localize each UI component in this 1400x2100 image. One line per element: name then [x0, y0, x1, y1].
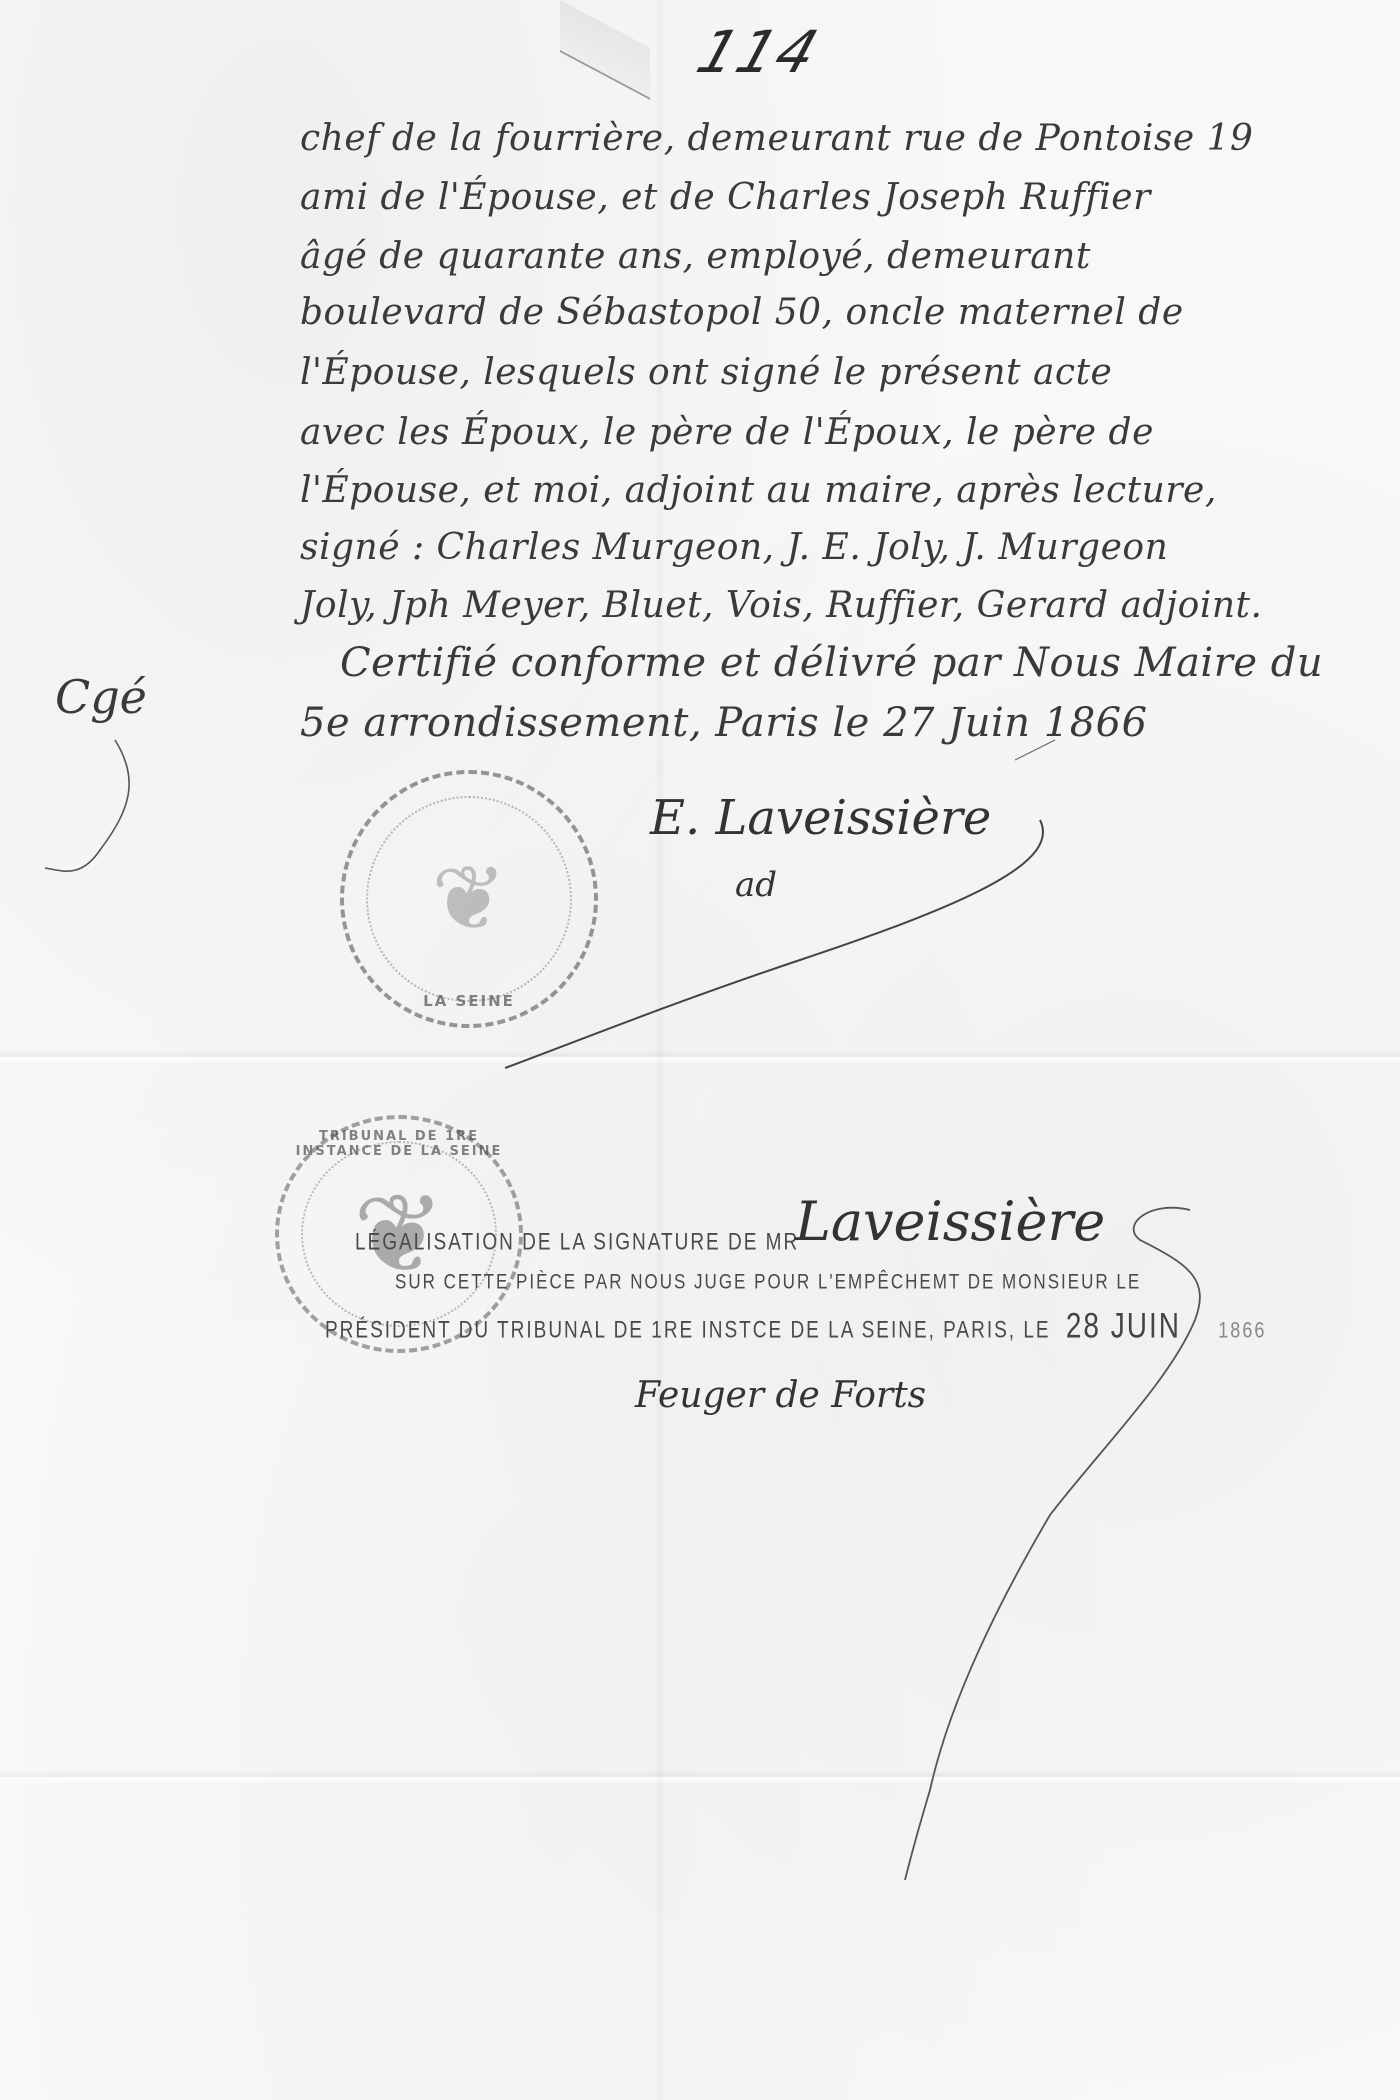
- signature-flourish: [505, 820, 1043, 1068]
- margin-flourish: [45, 740, 129, 871]
- date-stroke: [1015, 740, 1055, 760]
- pen-flourishes: [0, 0, 1400, 2100]
- legalisation-flourish: [905, 1208, 1200, 1880]
